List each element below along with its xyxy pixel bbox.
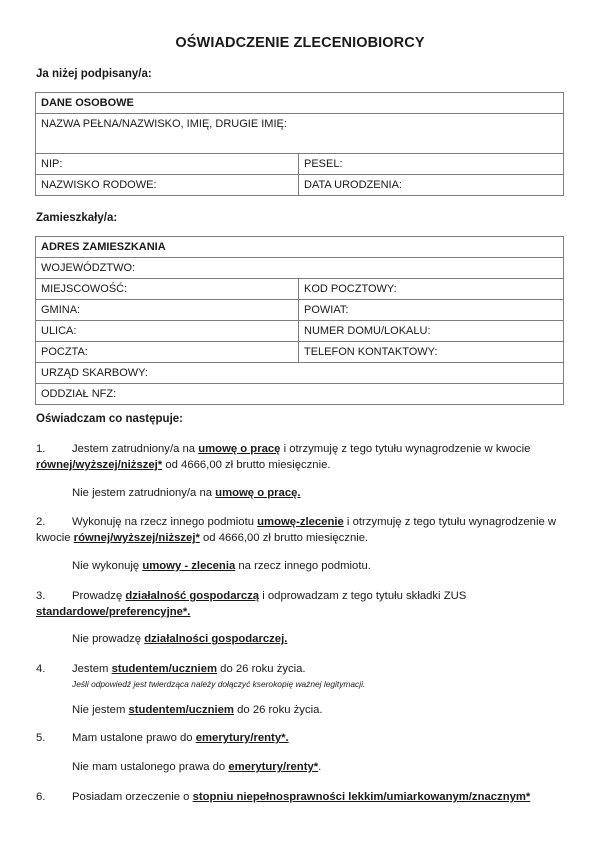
item-text: Nie prowadzę <box>72 633 144 645</box>
item-number: 2. <box>36 514 72 530</box>
item-text: Jestem zatrudniony/a na <box>72 443 198 455</box>
nfz-branch-field[interactable]: ODDZIAŁ NFZ: <box>36 384 564 405</box>
commune-field[interactable]: GMINA: <box>36 300 299 321</box>
birth-date-field[interactable]: DATA URODZENIA: <box>299 175 564 196</box>
voivodeship-field[interactable]: WOJEWÓDZTWO: <box>36 258 564 279</box>
personal-data-header: DANE OSOBOWE <box>36 93 564 114</box>
item-text: kwocie <box>36 532 74 544</box>
declaration-item-2-negative: Nie wykonuję umowy - zlecenia na rzecz i… <box>72 558 371 574</box>
full-name-field[interactable]: NAZWA PEŁNA/NAZWISKO, IMIĘ, DRUGIE IMIĘ: <box>36 114 564 154</box>
item-text: do 26 roku życia. <box>217 663 306 675</box>
declaration-item-4-negative: Nie jestem studentem/uczniem do 26 roku … <box>72 702 323 718</box>
item-emphasis: studentem/uczniem <box>129 704 234 716</box>
student-note: Jeśli odpowiedź jest twierdząca należy d… <box>72 679 365 689</box>
phone-field[interactable]: TELEFON KONTAKTOWY: <box>299 342 564 363</box>
postal-code-field[interactable]: KOD POCZTOWY: <box>299 279 564 300</box>
item-text: Mam ustalone prawo do <box>72 732 196 744</box>
item-number: 5. <box>36 730 72 746</box>
house-number-field[interactable]: NUMER DOMU/LOKALU: <box>299 321 564 342</box>
item-text: Nie jestem zatrudniony/a na <box>72 487 215 499</box>
item-emphasis: równej/wyższej/niższej* <box>74 532 200 544</box>
declaration-item-1-negative: Nie jestem zatrudniony/a na umowę o prac… <box>72 485 301 501</box>
item-emphasis: działalność gospodarczą <box>125 590 259 602</box>
tax-office-field[interactable]: URZĄD SKARBOWY: <box>36 363 564 384</box>
item-number: 6. <box>36 789 72 805</box>
intro-label: Ja niżej podpisany/a: <box>36 68 152 80</box>
city-field[interactable]: MIEJSCOWOŚĆ: <box>36 279 299 300</box>
maiden-name-field[interactable]: NAZWISKO RODOWE: <box>36 175 299 196</box>
item-emphasis: umowę-zlecenie <box>257 516 344 528</box>
item-emphasis: standardowe/preferencyjne*. <box>36 606 190 618</box>
item-text: do 26 roku życia. <box>234 704 323 716</box>
item-number: 4. <box>36 661 72 677</box>
item-number: 3. <box>36 588 72 604</box>
item-emphasis: umowę o pracę. <box>215 487 300 499</box>
item-emphasis: umowy - zlecenia <box>142 560 235 572</box>
item-text: i otrzymuję z tego tytułu wynagrodzenie … <box>280 443 530 455</box>
item-emphasis: umowę o pracę <box>198 443 280 455</box>
declaration-item-6: 6.Posiadam orzeczenie o stopniu niepełno… <box>36 789 576 805</box>
address-table: ADRES ZAMIESZKANIA WOJEWÓDZTWO: MIEJSCOW… <box>35 236 564 405</box>
item-emphasis: studentem/uczniem <box>112 663 217 675</box>
item-text: Wykonuję na rzecz innego podmiotu <box>72 516 257 528</box>
address-header: ADRES ZAMIESZKANIA <box>36 237 564 258</box>
residence-label: Zamieszkały/a: <box>36 212 117 224</box>
item-text: Nie wykonuję <box>72 560 142 572</box>
declaration-item-3-negative: Nie prowadzę działalności gospodarczej. <box>72 631 287 647</box>
item-text: Prowadzę <box>72 590 125 602</box>
item-emphasis: równej/wyższej/niższej* <box>36 459 162 471</box>
item-text: Nie mam ustalonego prawa do <box>72 761 228 773</box>
item-text: od 4666,00 zł brutto miesięcznie. <box>200 532 368 544</box>
declaration-item-5: 5.Mam ustalone prawo do emerytury/renty*… <box>36 730 576 746</box>
declaration-item-4: 4.Jestem studentem/uczniem do 26 roku ży… <box>36 661 576 677</box>
item-text: od 4666,00 zł brutto miesięcznie. <box>162 459 330 471</box>
item-text: i otrzymuję z tego tytułu wynagrodzenie … <box>344 516 556 528</box>
pesel-field[interactable]: PESEL: <box>299 154 564 175</box>
item-text: Posiadam orzeczenie o <box>72 791 193 803</box>
declaration-label: Oświadczam co następuje: <box>36 413 183 425</box>
item-number: 1. <box>36 441 72 457</box>
declaration-item-5-negative: Nie mam ustalonego prawa do emerytury/re… <box>72 759 321 775</box>
nip-field[interactable]: NIP: <box>36 154 299 175</box>
document-title: OŚWIADCZENIE ZLECENIOBIORCY <box>0 35 600 51</box>
street-field[interactable]: ULICA: <box>36 321 299 342</box>
personal-data-table: DANE OSOBOWE NAZWA PEŁNA/NAZWISKO, IMIĘ,… <box>35 92 564 196</box>
item-emphasis: działalności gospodarczej. <box>144 633 287 645</box>
item-emphasis: emerytury/renty* <box>228 761 318 773</box>
item-emphasis: stopniu niepełnosprawności lekkim/umiark… <box>193 791 531 803</box>
item-text: Jestem <box>72 663 112 675</box>
county-field[interactable]: POWIAT: <box>299 300 564 321</box>
item-emphasis: emerytury/renty*. <box>196 732 289 744</box>
item-text: na rzecz innego podmiotu. <box>235 560 371 572</box>
declaration-item-2: 2.Wykonuję na rzecz innego podmiotu umow… <box>36 514 576 546</box>
declaration-item-3: 3.Prowadzę działalność gospodarczą i odp… <box>36 588 576 620</box>
item-text: i odprowadzam z tego tytułu składki ZUS <box>259 590 466 602</box>
post-office-field[interactable]: POCZTA: <box>36 342 299 363</box>
item-text: . <box>318 761 321 773</box>
declaration-item-1: 1.Jestem zatrudniony/a na umowę o pracę … <box>36 441 576 473</box>
item-text: Nie jestem <box>72 704 129 716</box>
